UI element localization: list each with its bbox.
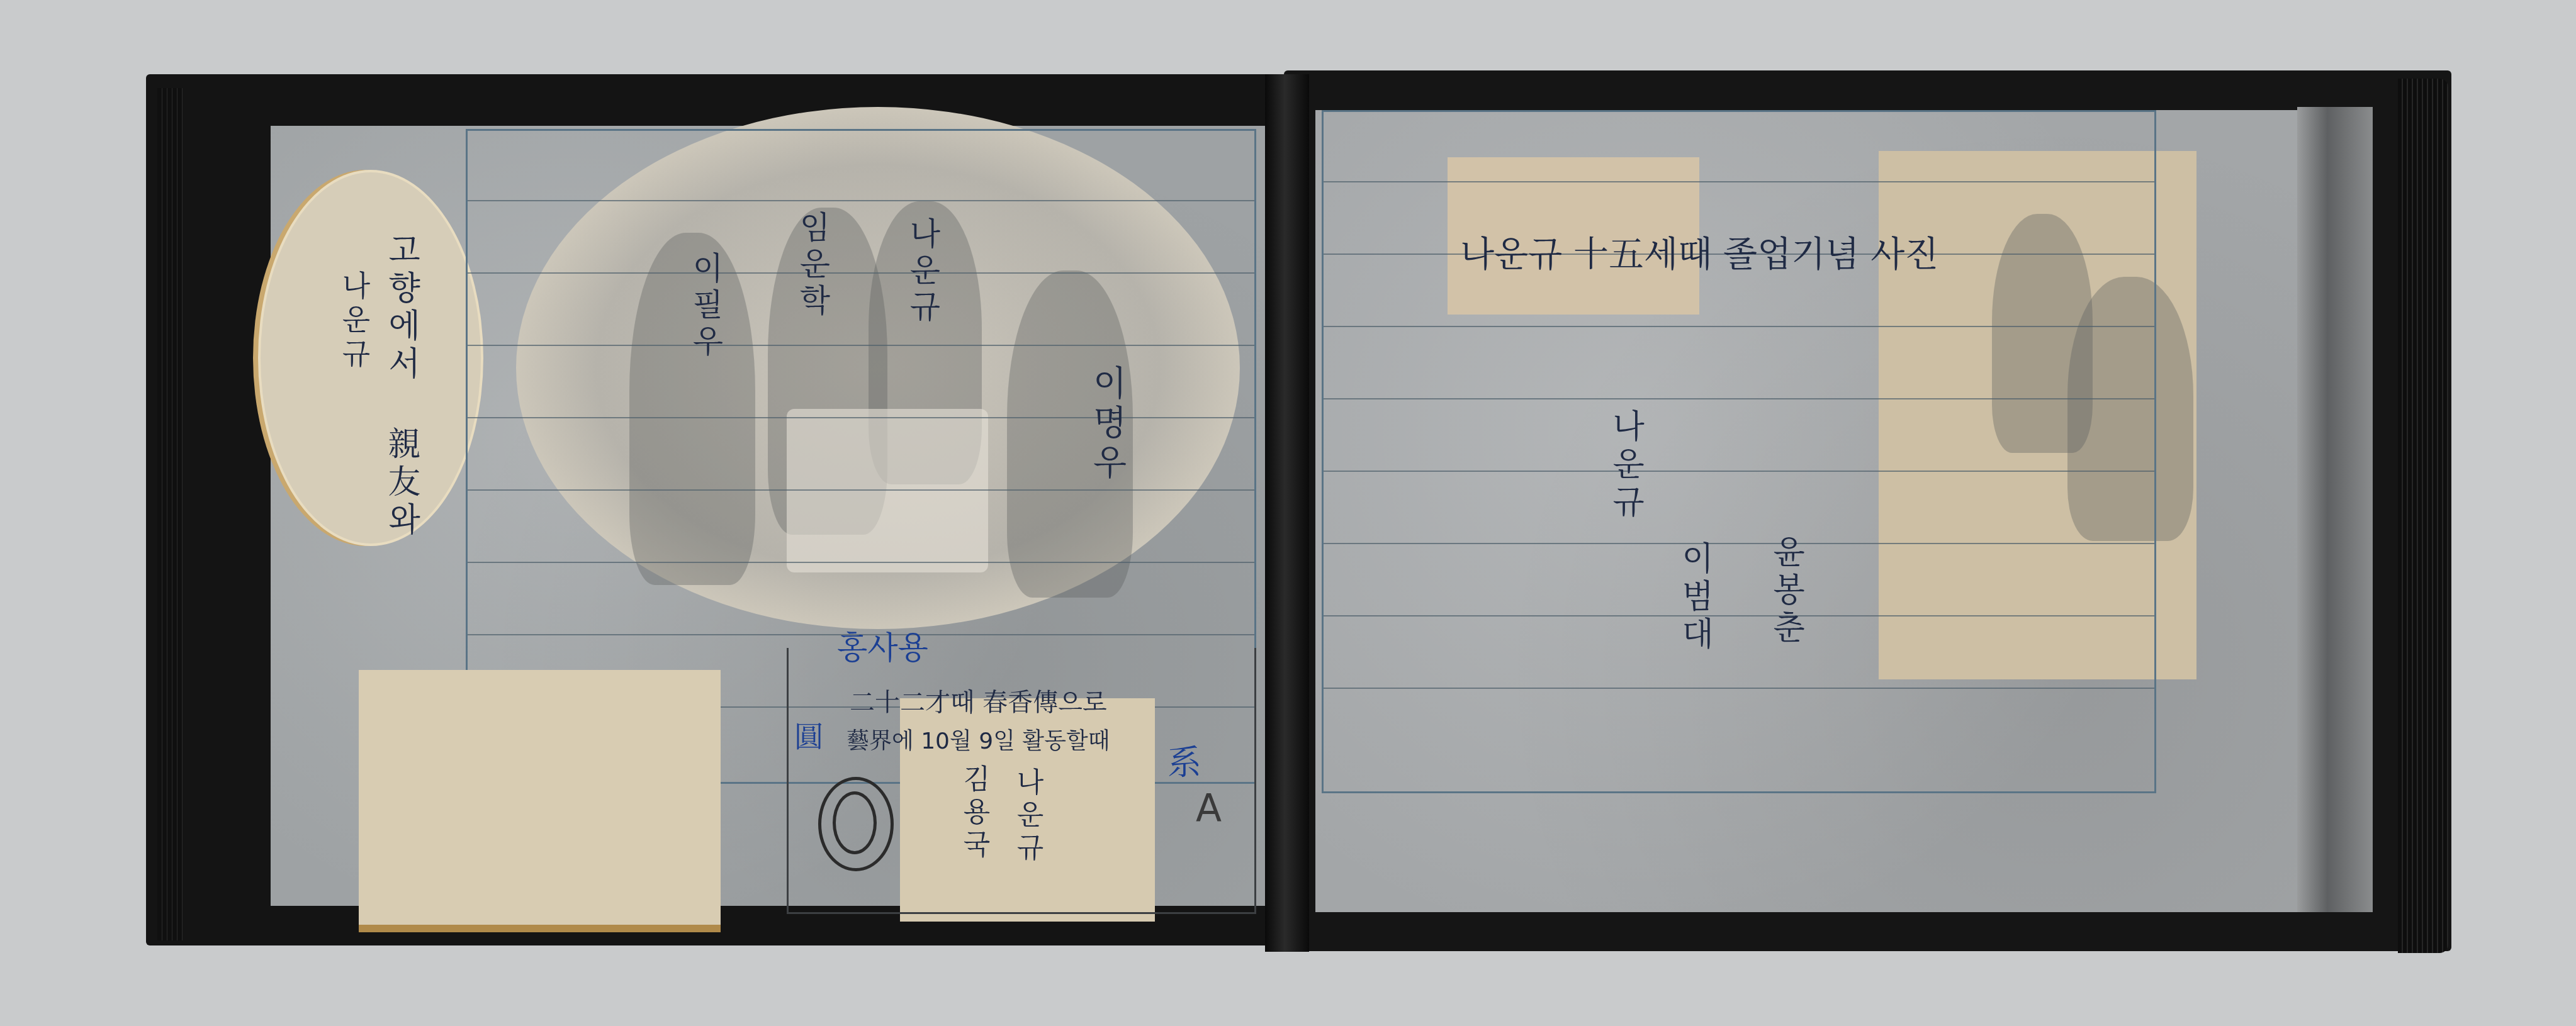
page-stack-right — [2398, 79, 2448, 953]
name-label: 임운학 — [790, 211, 835, 320]
pencil-circle-mark — [818, 777, 894, 871]
page-edge-shadow — [2297, 107, 2373, 912]
archive-letter: A — [1196, 786, 1222, 830]
caption-line1: 二十二才때 春香傳으로 — [850, 683, 1107, 718]
stamp-mark: 圓 — [794, 714, 823, 756]
photo-bottom-left — [359, 670, 721, 932]
ruled-frame-right — [1322, 110, 2156, 793]
archive-mark: 系 — [1167, 736, 1201, 784]
name-label: 나운규 — [900, 217, 945, 326]
caption-line2: 藝界에 10월 9일 활동할때 — [846, 723, 1110, 756]
name-label: 이범대 — [1671, 541, 1718, 654]
album-spine-gutter — [1265, 74, 1309, 952]
name-label: 이필우 — [683, 252, 728, 361]
name-label: 윤봉춘 — [1762, 535, 1809, 648]
page-title-caption: 나운규 十五세때 졸업기념 사진 — [1460, 226, 1938, 277]
caption-name: 나운규 — [334, 270, 375, 372]
page-stack-left — [157, 88, 183, 940]
name-label: 이명우 — [1083, 365, 1132, 484]
name-label: 나운규 — [1602, 409, 1649, 522]
caption-header: 홍사용 — [837, 623, 928, 668]
caption-hometown-friend: 고향에서 親友와 — [378, 233, 425, 540]
name-label: 나운규 — [1007, 767, 1047, 866]
name-label: 김용국 — [953, 764, 994, 862]
